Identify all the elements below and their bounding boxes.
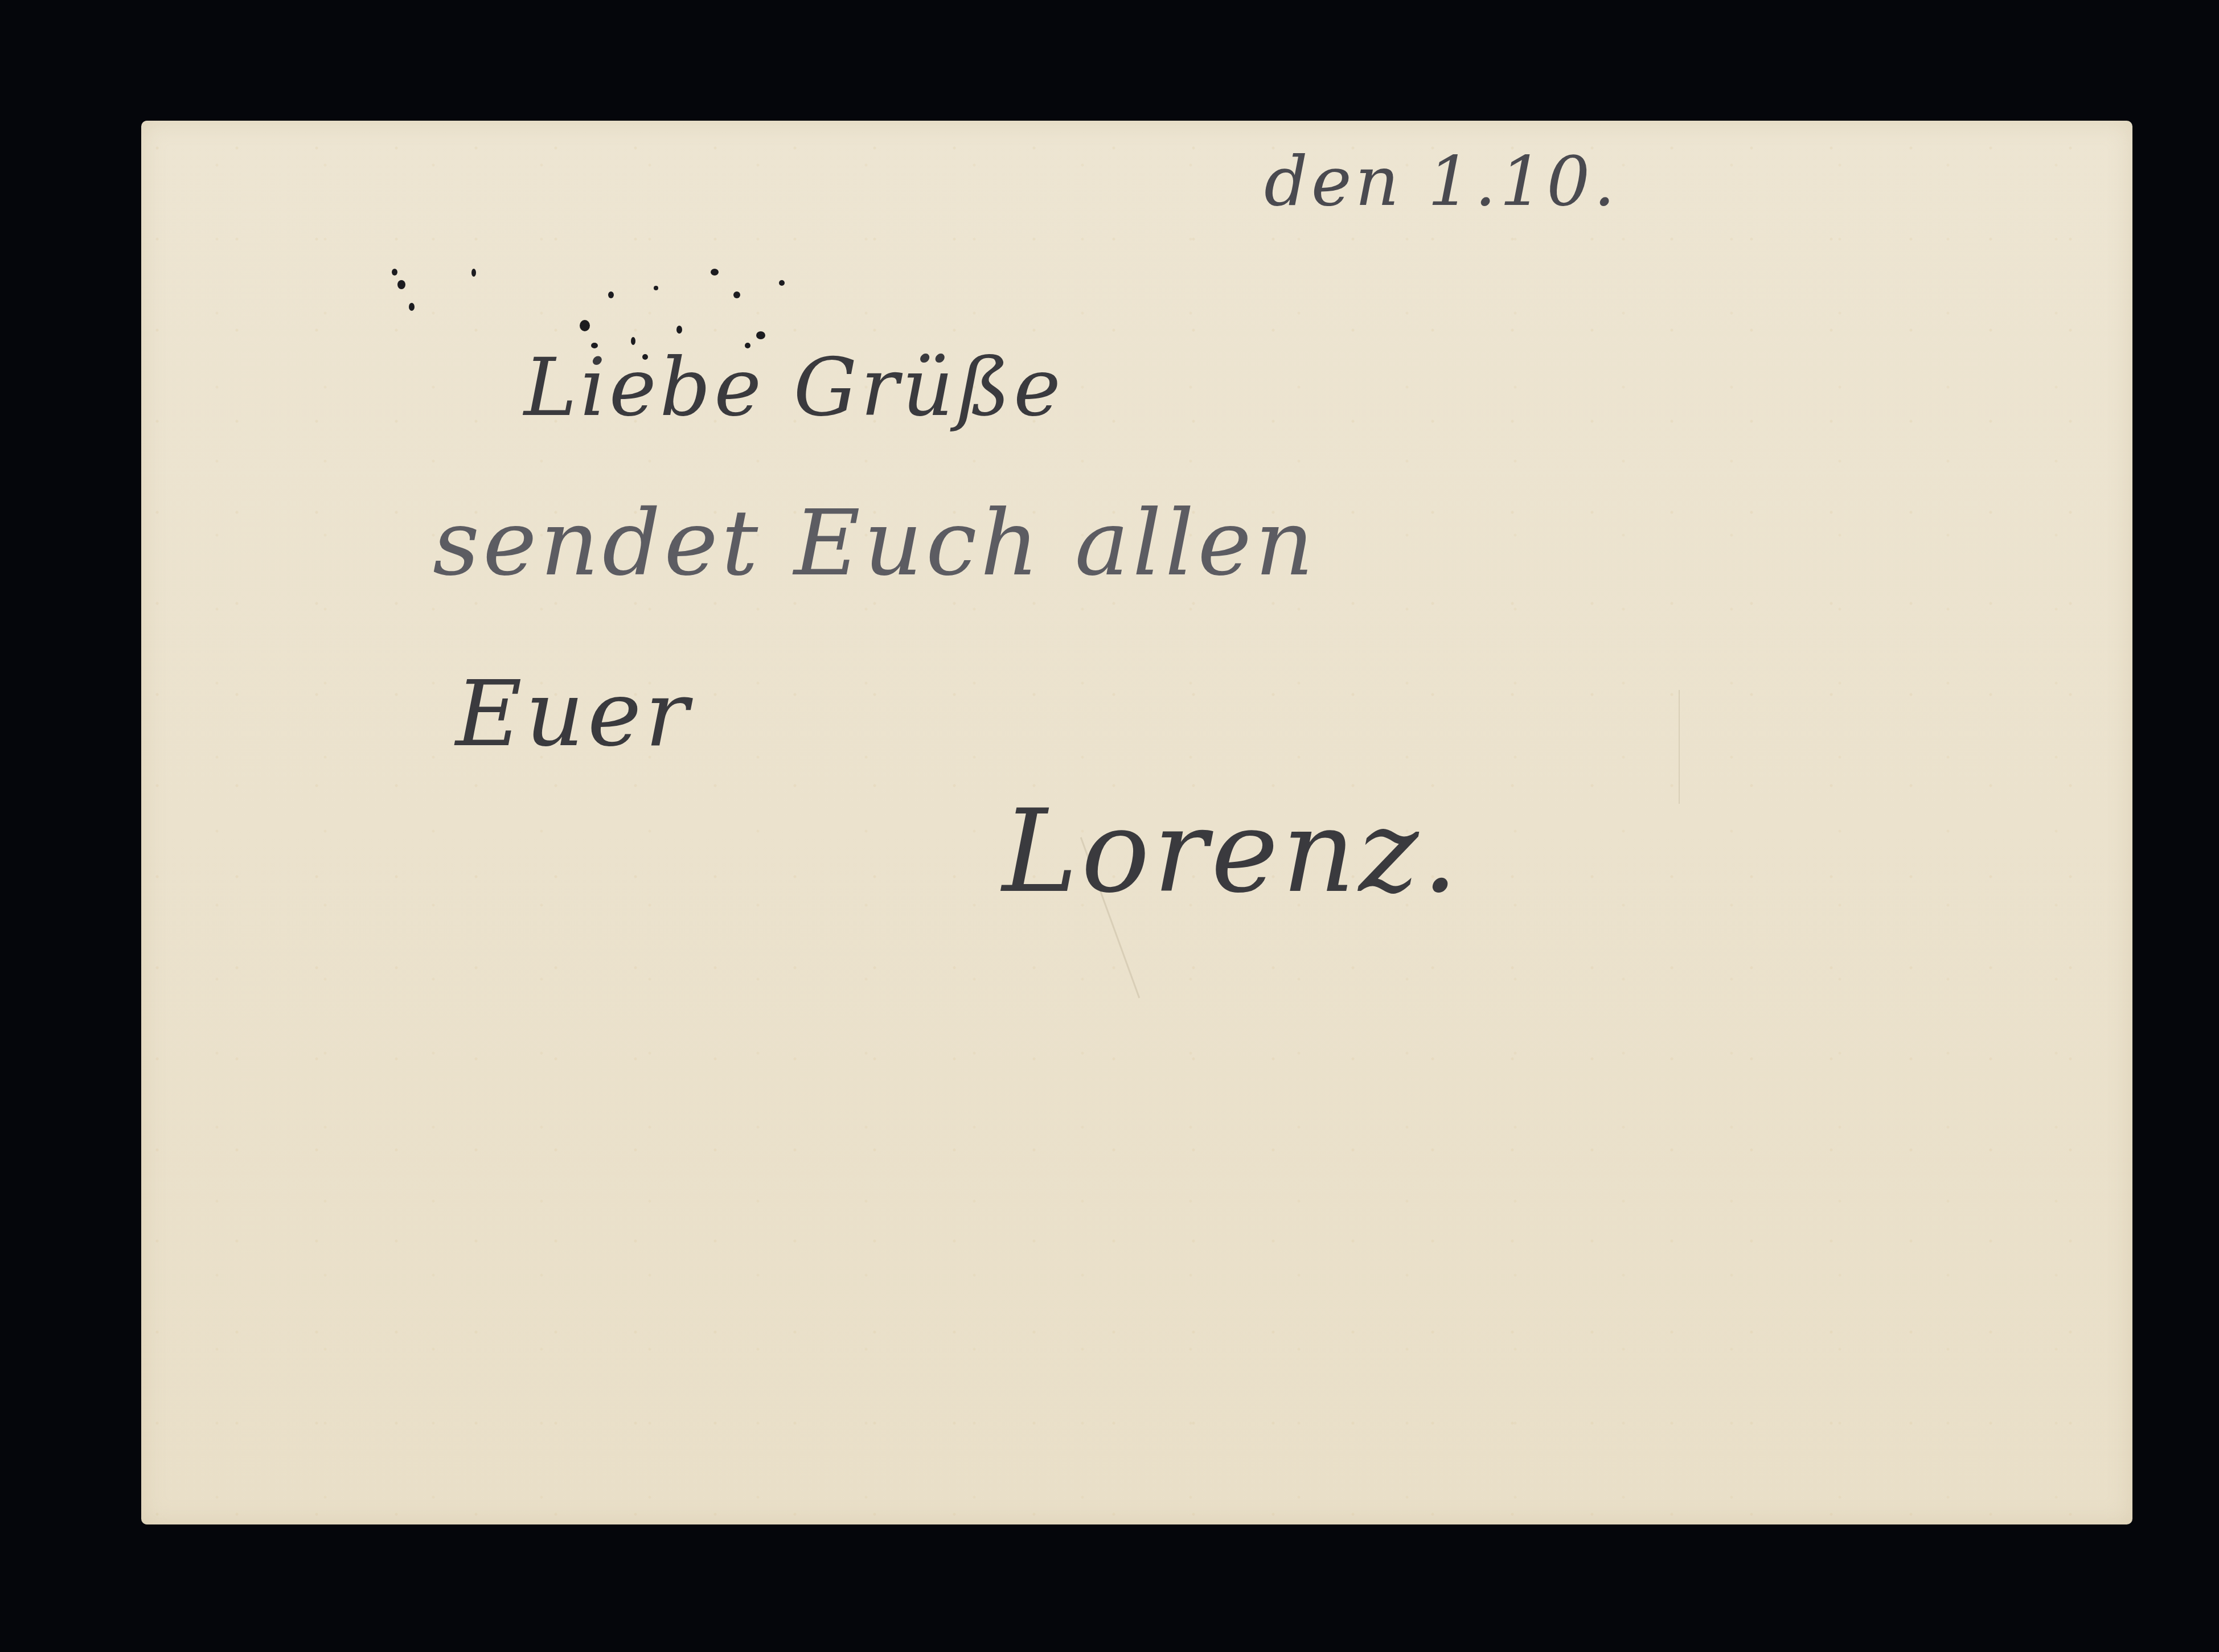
paper-crease [1679, 690, 1680, 804]
greeting-line-2: sendet Euch allen [433, 490, 1317, 596]
signature: Lorenz. [1002, 786, 1462, 918]
greeting-line-1: Liebe Grüße [524, 342, 1064, 434]
date-text: den 1.10. [1264, 142, 1619, 221]
greeting-line-3: Euer [456, 660, 692, 767]
